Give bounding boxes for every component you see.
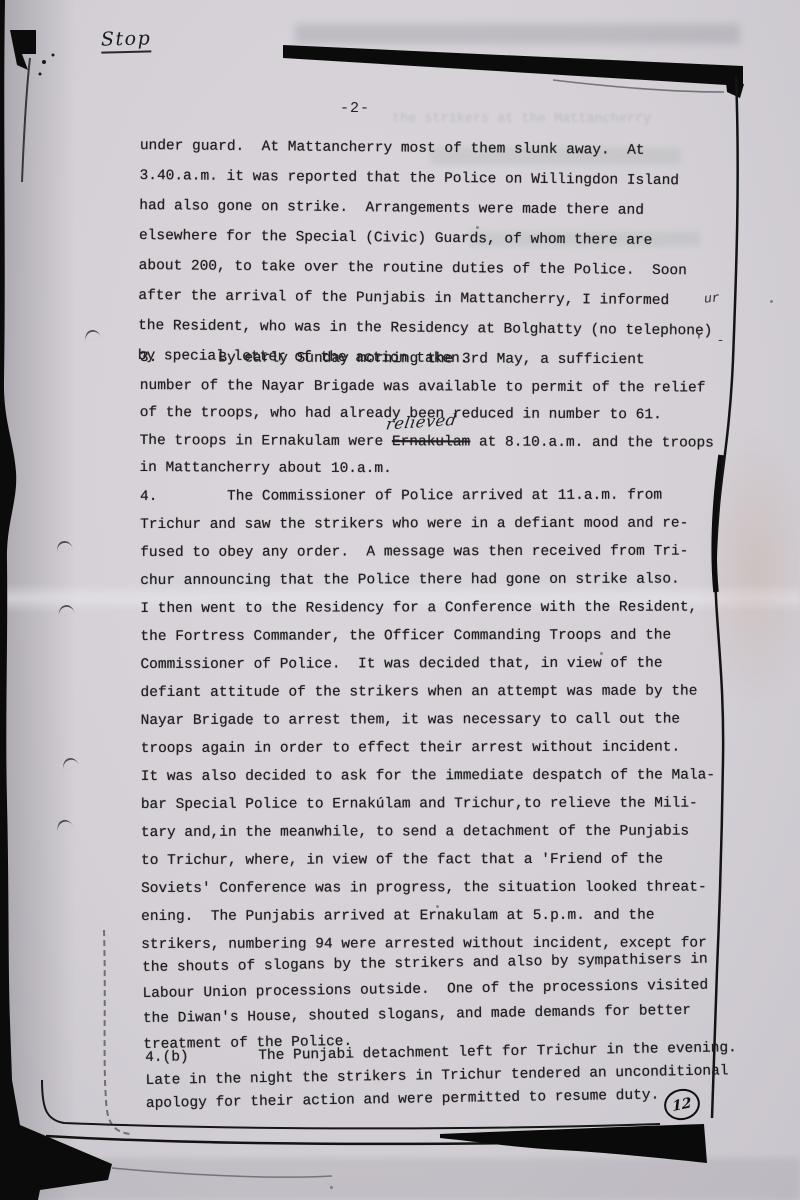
speck bbox=[39, 73, 42, 76]
paragraph-3-corrected-line: The troops in Ernakulam were Ernakulam a… bbox=[140, 427, 714, 457]
bleed-through-text: the strikers at the Mattancherry bbox=[392, 112, 651, 127]
corner-blob bbox=[10, 30, 36, 70]
bottom-faint-line bbox=[112, 1168, 332, 1177]
speck bbox=[52, 54, 55, 57]
paragraph-4: 4. The Commissioner of Police arrived at… bbox=[140, 481, 716, 959]
paragraph-3: 3. By early Sunday morning the 3rd May, … bbox=[139, 345, 714, 485]
paragraph-4b: 4.(b) The Punjabi detachment left for Tr… bbox=[145, 1037, 738, 1116]
line-text-prefix: The troops in Ernakulam were bbox=[140, 432, 392, 449]
page-number: -2- bbox=[340, 100, 370, 117]
dust-speck bbox=[436, 905, 439, 908]
left-edge-shadow bbox=[0, 0, 112, 1200]
dust-speck bbox=[600, 652, 603, 655]
edge-crease-line bbox=[22, 58, 30, 182]
right-edge-line bbox=[712, 76, 738, 1118]
paragraph-2-continuation: under guard. At Mattancherry most of the… bbox=[138, 131, 715, 377]
dust-speck bbox=[476, 226, 479, 229]
stamp-number: 12 bbox=[672, 1094, 692, 1114]
dust-speck bbox=[249, 722, 252, 725]
stop-handwritten-note: Stop bbox=[101, 27, 152, 53]
dust-speck bbox=[330, 1186, 333, 1189]
paragraph-3-last-line: in Mattancherry about 10.a.m. bbox=[139, 455, 713, 485]
margin-dash-mark: ' - bbox=[695, 333, 727, 348]
top-bar-hook bbox=[726, 82, 744, 98]
speck bbox=[42, 60, 46, 64]
struck-word: Ernakulam bbox=[392, 434, 470, 450]
dust-speck bbox=[770, 300, 773, 303]
left-inner-edge-line bbox=[104, 930, 130, 1134]
margin-note: ur bbox=[703, 290, 720, 307]
line-text-suffix: at 8.10.a.m. and the troops bbox=[470, 434, 714, 451]
top-edge-bar bbox=[283, 45, 743, 86]
document-scan: Stop -2- the strikers at the Mattancherr… bbox=[0, 0, 800, 1200]
